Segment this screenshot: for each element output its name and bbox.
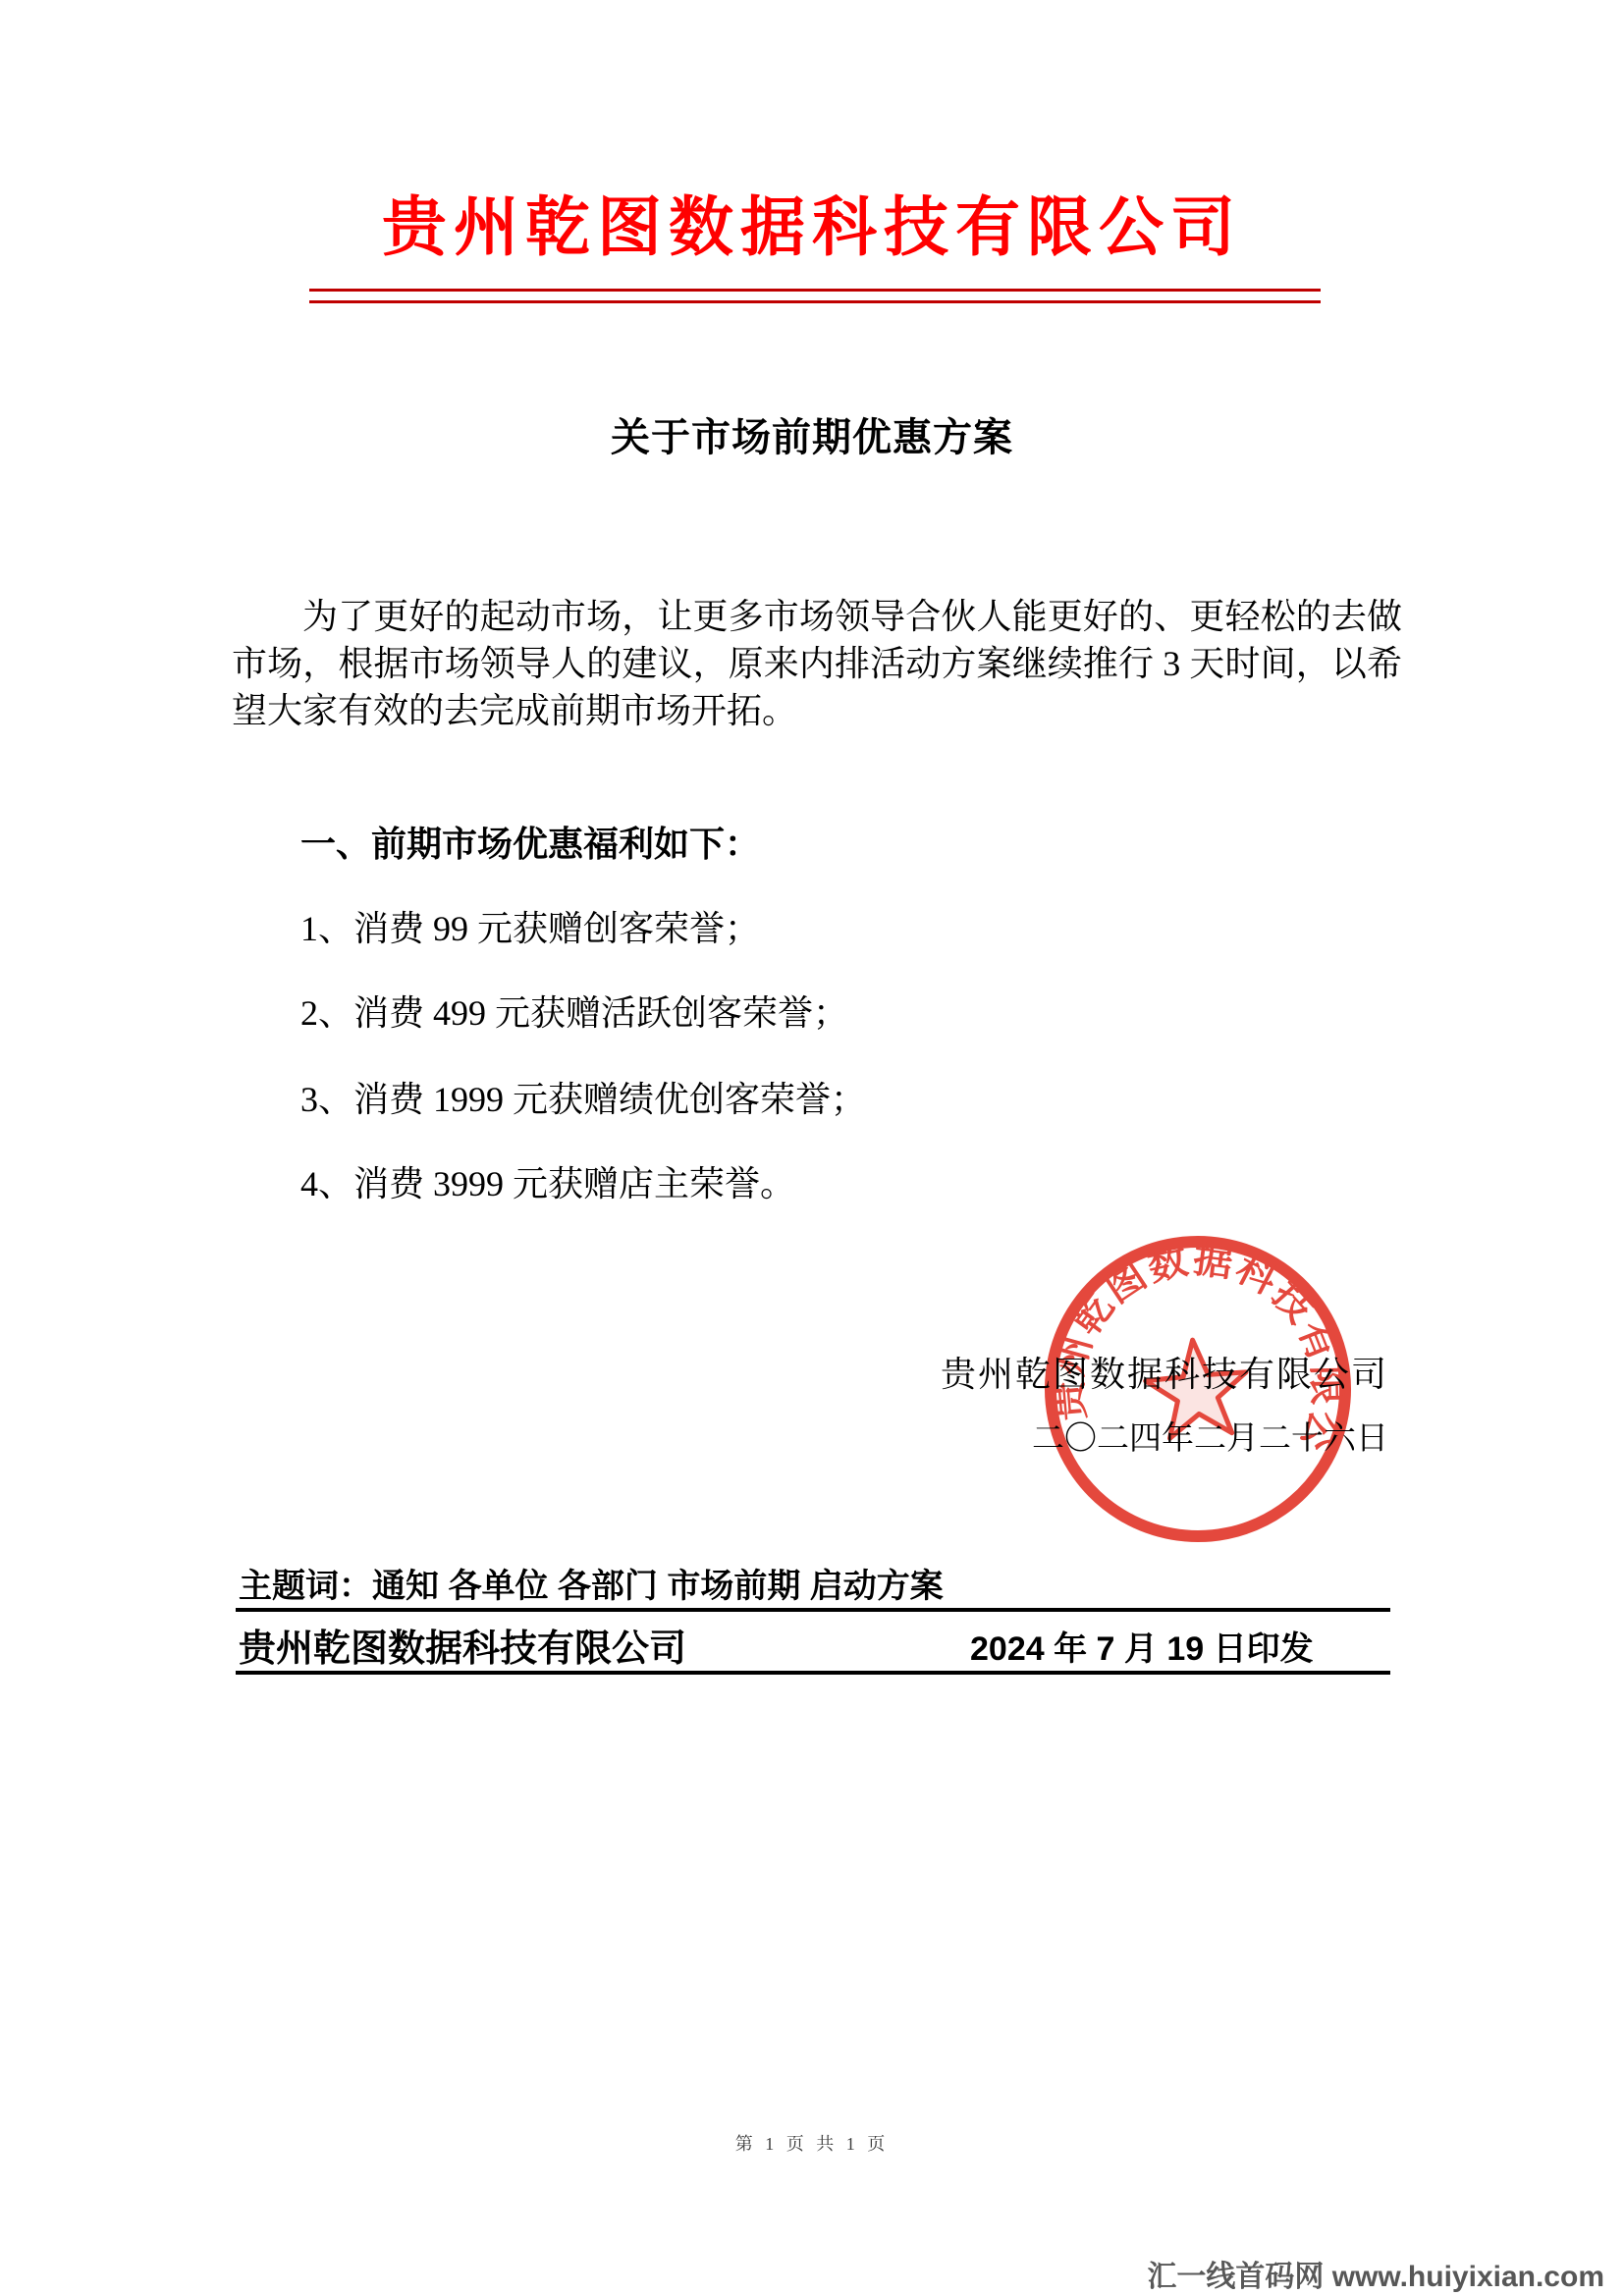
letterhead-rule-top: [309, 289, 1321, 292]
section-heading: 一、前期市场优惠福利如下：: [300, 817, 760, 867]
list-item: 3、消费 1999 元获赠绩优创客荣誉；: [300, 1072, 866, 1122]
footer-print-date: 2024 年 7 月 19 日印发: [970, 1622, 1314, 1670]
footer-issuer-company: 贵州乾图数据科技有限公司: [239, 1618, 686, 1672]
letterhead-rule-bottom: [309, 300, 1321, 303]
body-paragraph: 为了更好的起动市场，让更多市场领导合伙人能更好的、更轻松的去做市场，根据市场领导…: [232, 593, 1402, 734]
subject-keywords-line: 主题词：通知 各单位 各部门 市场前期 启动方案: [239, 1559, 944, 1607]
document-page: 贵州乾图数据科技有限公司 关于市场前期优惠方案 为了更好的起动市场，让更多市场领…: [0, 0, 1624, 2296]
letterhead-company-name: 贵州乾图数据科技有限公司: [0, 175, 1624, 268]
list-item: 1、消费 99 元获赠创客荣誉；: [300, 901, 760, 951]
document-title: 关于市场前期优惠方案: [0, 406, 1624, 462]
list-item: 2、消费 499 元获赠活跃创客荣誉；: [300, 986, 848, 1036]
page-number: 第 1 页 共 1 页: [0, 2130, 1624, 2156]
signature-date: 二〇二四年二月二十六日: [941, 1413, 1388, 1459]
site-watermark: 汇一线首码网 www.huiyixian.com: [1147, 2252, 1604, 2295]
footer-rule-bottom: [236, 1671, 1390, 1675]
footer-rule-top: [236, 1608, 1390, 1612]
signature-company: 贵州乾图数据科技有限公司: [941, 1347, 1388, 1397]
signature-block: 贵州乾图数据科技有限公司 二〇二四年二月二十六日: [941, 1347, 1388, 1459]
list-item: 4、消费 3999 元获赠店主荣誉。: [300, 1156, 795, 1206]
